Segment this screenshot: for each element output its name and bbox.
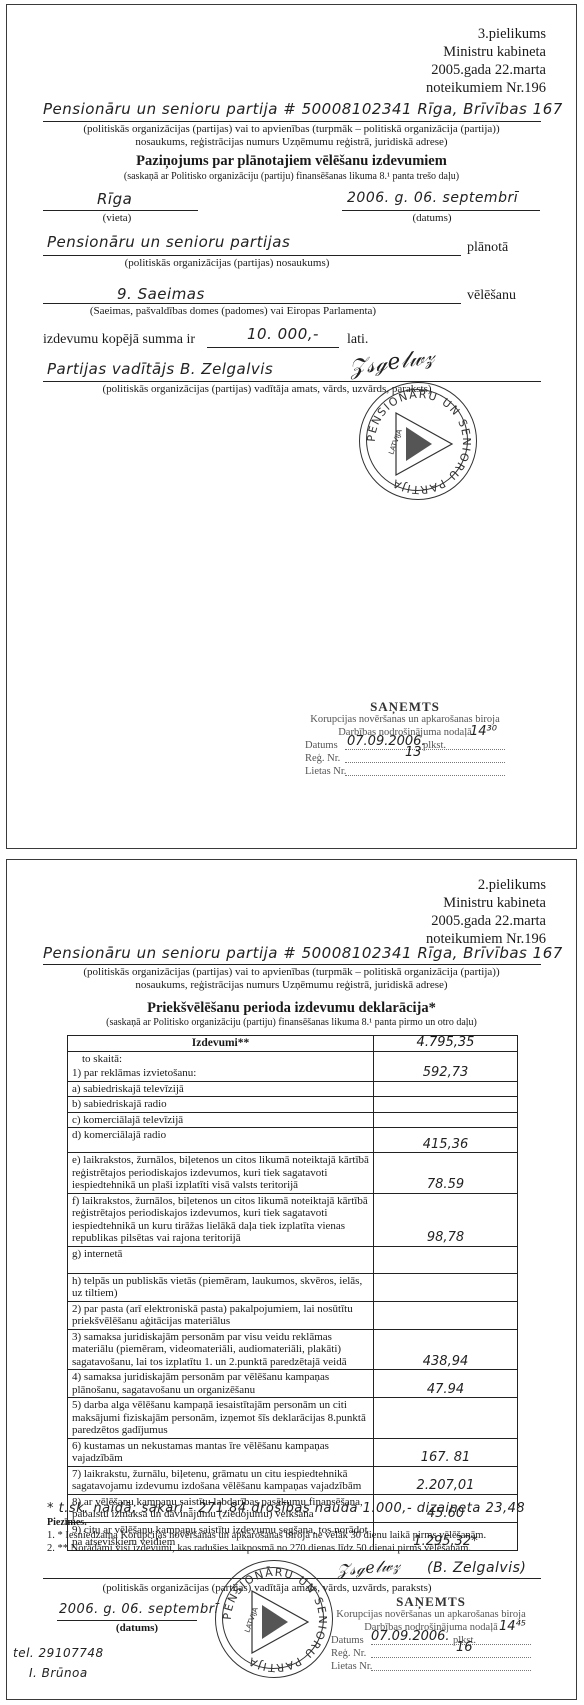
party-value: Pensionāru un senioru partijas: [47, 233, 290, 251]
expenses-table: Izdevumi** 4.795,35 to skaitā:1) par rek…: [67, 1035, 518, 1551]
received-date-value: 07.09.2006.: [371, 1630, 450, 1643]
organization-line: [43, 121, 541, 122]
table-row: 3) samaksa juridiskajām personām par vis…: [68, 1329, 518, 1370]
total-amount: 4.795,35: [374, 1036, 518, 1052]
caption-line: (politiskās organizācijas (partijas) vai…: [17, 123, 566, 136]
expense-amount: 592,73: [374, 1066, 518, 1081]
annex-line: Ministru kabineta: [426, 43, 546, 61]
expense-label: f) laikrakstos, žurnālos, biļetenos un c…: [68, 1193, 374, 1246]
notes-section: Piezīmes. 1. * Iesniedzama Korupcijas no…: [47, 1516, 486, 1555]
date-caption: (datums): [107, 1622, 167, 1635]
received-stamp: SAŅEMTS Korupcijas novēršanas un apkaroš…: [331, 1595, 531, 1673]
election-value: 9. Saeimas: [117, 285, 205, 303]
received-reg-field: Reģ. Nr. 16: [331, 1647, 531, 1660]
expense-amount: [374, 1398, 518, 1439]
expense-label: c) komerciālajā televīzijā: [68, 1112, 374, 1128]
document-subtitle: (saskaņā ar Politisko organizāciju (part…: [7, 1017, 576, 1028]
table-row: f) laikrakstos, žurnālos, biļetenos un c…: [68, 1193, 518, 1246]
stamp-triangle-icon: PENSIONĀRU UN SENIORU PARTIJALATVIJA: [360, 383, 478, 501]
expense-label: a) sabiedriskajā televīzijā: [68, 1081, 374, 1097]
table-row: 1) par reklāmas izvietošanu:592,73: [68, 1066, 518, 1081]
date-value: 2006. g. 06. septembrī: [347, 190, 518, 206]
received-date-field: Datums 07.09.2006. plkst. 14⁴⁵: [331, 1634, 531, 1647]
party-line: [43, 255, 461, 256]
note-item: 2. ** Norādāmi visi izdevumi, kas raduši…: [47, 1542, 486, 1555]
table-row: a) sabiedriskajā televīzijā: [68, 1081, 518, 1097]
stamp-triangle-icon: PENSIONĀRU UN SENIORU PARTIJALATVIJA: [216, 1561, 334, 1679]
total-label: izdevumu kopējā summa ir: [43, 332, 195, 348]
table-row: d) komerciālajā radio415,36: [68, 1128, 518, 1153]
table-row: c) komerciālajā televīzijā: [68, 1112, 518, 1128]
leader-signature: 𝒵𝓈ℊℯ𝓁𝓌𝓏: [336, 1555, 401, 1580]
table-row: b) sabiedriskajā radio: [68, 1097, 518, 1113]
table-row: 4) samaksa juridiskajām personām par vēl…: [68, 1370, 518, 1398]
expense-amount: [374, 1246, 518, 1273]
party-stamp: PENSIONĀRU UN SENIORU PARTIJALATVIJA: [215, 1560, 333, 1678]
place-value: Rīga: [97, 190, 132, 208]
note-item: 1. * Iesniedzama Korupcijas novēršanas u…: [47, 1529, 486, 1542]
received-reg-value: 13: [405, 746, 422, 759]
expense-amount: 47.94: [374, 1370, 518, 1398]
received-case-label: Lietas Nr.: [305, 766, 346, 777]
expense-label: 7) laikrakstu, žurnālu, biļetenu, grāmat…: [68, 1466, 374, 1494]
leader-value: Partijas vadītājs B. Zelgalvis: [47, 360, 273, 378]
expense-label: d) komerciālajā radio: [68, 1128, 374, 1153]
received-reg-field: Reģ. Nr. 13: [305, 752, 505, 765]
caption-line: nosaukums, reģistrācijas numurs Uzņēmumu…: [17, 979, 566, 992]
caption-line: nosaukums, reģistrācijas numurs Uzņēmumu…: [17, 136, 566, 149]
table-row: h) telpās un publiskās vietās (piemēram,…: [68, 1273, 518, 1301]
total-line: [207, 347, 339, 348]
place-line: [43, 210, 198, 211]
received-reg-label: Reģ. Nr.: [331, 1648, 366, 1659]
party-stamp: PENSIONĀRU UN SENIORU PARTIJALATVIJA: [359, 382, 477, 500]
leader-signature: 𝒵𝓈ℊℯ𝓁𝓌𝓏: [348, 344, 437, 381]
table-row: 5) darba alga vēlēšanu kampaņā iesaistīt…: [68, 1398, 518, 1439]
received-reg-value: 16: [456, 1641, 473, 1654]
expense-label: e) laikrakstos, žurnālos, biļetenos un c…: [68, 1153, 374, 1194]
annex-number: 2.pielikums: [426, 876, 546, 894]
place-caption: (vieta): [87, 212, 147, 225]
table-row: to skaitā:: [68, 1051, 518, 1066]
expense-label: 6) kustamas un nekustamas mantas īre vēl…: [68, 1438, 374, 1466]
leader-line: [43, 381, 541, 382]
expense-amount: 78.59: [374, 1153, 518, 1194]
annex-line: 2005.gada 22.marta: [426, 61, 546, 79]
annex-number: 3.pielikums: [426, 25, 546, 43]
expense-label: 3) samaksa juridiskajām personām par vis…: [68, 1329, 374, 1370]
leader-value: (B. Zelgalvis): [427, 1560, 526, 1576]
expense-amount: [374, 1301, 518, 1329]
date-line: [342, 210, 540, 211]
expense-amount: [374, 1081, 518, 1097]
annex-line: 2005.gada 22.marta: [426, 912, 546, 930]
caption-line: (politiskās organizācijas (partijas) vai…: [17, 966, 566, 979]
received-case-label: Lietas Nr.: [331, 1661, 372, 1672]
annex-line: Ministru kabineta: [426, 894, 546, 912]
expense-amount: 2.207,01: [374, 1466, 518, 1494]
notes-title: Piezīmes.: [47, 1516, 486, 1529]
received-date-label: Datums: [305, 740, 338, 751]
received-title: SAŅEMTS: [305, 700, 505, 713]
document-page-1: 3.pielikums Ministru kabineta 2005.gada …: [6, 4, 577, 849]
expense-amount: [374, 1097, 518, 1113]
expense-label: 5) darba alga vēlēšanu kampaņā iesaistīt…: [68, 1398, 374, 1439]
received-case-field: Lietas Nr.: [305, 765, 505, 778]
party-caption: (politiskās organizācijas (partijas) nos…: [67, 257, 387, 270]
expense-amount: [374, 1051, 518, 1066]
svg-text:LATVIJA: LATVIJA: [243, 1606, 260, 1634]
document-title: Paziņojums par plānotajiem vēlēšanu izde…: [7, 153, 576, 170]
table-row: 7) laikrakstu, žurnālu, biļetenu, grāmat…: [68, 1466, 518, 1494]
election-caption: (Saeimas, pašvaldības domes (padomes) va…: [43, 305, 423, 318]
received-title: SAŅEMTS: [331, 1595, 531, 1608]
expense-label: to skaitā:: [68, 1051, 374, 1066]
date-caption: (datums): [397, 212, 467, 225]
column-header-expenses: Izdevumi**: [68, 1036, 374, 1052]
table-row: 6) kustamas un nekustamas mantas īre vēl…: [68, 1438, 518, 1466]
annex-line: noteikumiem Nr.196: [426, 79, 546, 97]
date-line: [57, 1620, 197, 1621]
received-time-label: plkst.: [423, 739, 446, 752]
received-date-label: Datums: [331, 1635, 364, 1646]
document-subtitle: (saskaņā ar Politisko organizāciju (part…: [7, 171, 576, 182]
organization-handwritten: Pensionāru un senioru partija # 50008102…: [43, 944, 563, 962]
expense-label: 2) par pasta (arī elektroniskā pasta) pa…: [68, 1301, 374, 1329]
table-header-row: Izdevumi** 4.795,35: [68, 1036, 518, 1052]
received-stamp: SAŅEMTS Korupcijas novēršanas un apkaroš…: [305, 700, 505, 778]
election-label: vēlēšanu: [467, 288, 516, 304]
received-reg-label: Reģ. Nr.: [305, 753, 340, 764]
expense-amount: 98,78: [374, 1193, 518, 1246]
table-row: g) internetā: [68, 1246, 518, 1273]
planned-label: plānotā: [467, 240, 508, 256]
annex-reference: 3.pielikums Ministru kabineta 2005.gada …: [426, 25, 546, 97]
handwritten-breakdown-note: * t.sk. naidā; sakari - 271,84 drošības …: [47, 1501, 525, 1516]
expense-amount: [374, 1273, 518, 1301]
organization-line: [43, 964, 541, 965]
phone-note: tel. 29107748: [13, 1646, 104, 1660]
expense-label: 1) par reklāmas izvietošanu:: [68, 1066, 374, 1081]
expense-label: g) internetā: [68, 1246, 374, 1273]
annex-reference: 2.pielikums Ministru kabineta 2005.gada …: [426, 876, 546, 948]
expense-label: h) telpās un publiskās vietās (piemēram,…: [68, 1273, 374, 1301]
expense-amount: [374, 1112, 518, 1128]
document-page-2: 2.pielikums Ministru kabineta 2005.gada …: [6, 859, 577, 1700]
organization-handwritten: Pensionāru un senioru partija # 50008102…: [43, 100, 563, 118]
total-value: 10. 000,-: [247, 325, 319, 343]
expense-amount: 438,94: [374, 1329, 518, 1370]
contact-name: I. Brūnoa: [29, 1666, 88, 1680]
received-time-value: 14³⁰: [470, 725, 497, 738]
expense-amount: 415,36: [374, 1128, 518, 1153]
organization-caption: (politiskās organizācijas (partijas) vai…: [17, 123, 566, 149]
election-line: [43, 303, 461, 304]
document-title: Priekšvēlēšanu perioda izdevumu deklarāc…: [7, 1000, 576, 1017]
total-currency: lati.: [347, 332, 368, 348]
table-row: 2) par pasta (arī elektroniskā pasta) pa…: [68, 1301, 518, 1329]
received-case-field: Lietas Nr.: [331, 1660, 531, 1673]
expense-amount: 167. 81: [374, 1438, 518, 1466]
organization-caption: (politiskās organizācijas (partijas) vai…: [17, 966, 566, 992]
date-value: 2006. g. 06. septembrī: [59, 1602, 219, 1617]
table-row: e) laikrakstos, žurnālos, biļetenos un c…: [68, 1153, 518, 1194]
svg-text:LATVIJA: LATVIJA: [387, 428, 404, 456]
received-time-value: 14⁴⁵: [499, 1620, 526, 1633]
expense-label: b) sabiedriskajā radio: [68, 1097, 374, 1113]
expense-label: 4) samaksa juridiskajām personām par vēl…: [68, 1370, 374, 1398]
